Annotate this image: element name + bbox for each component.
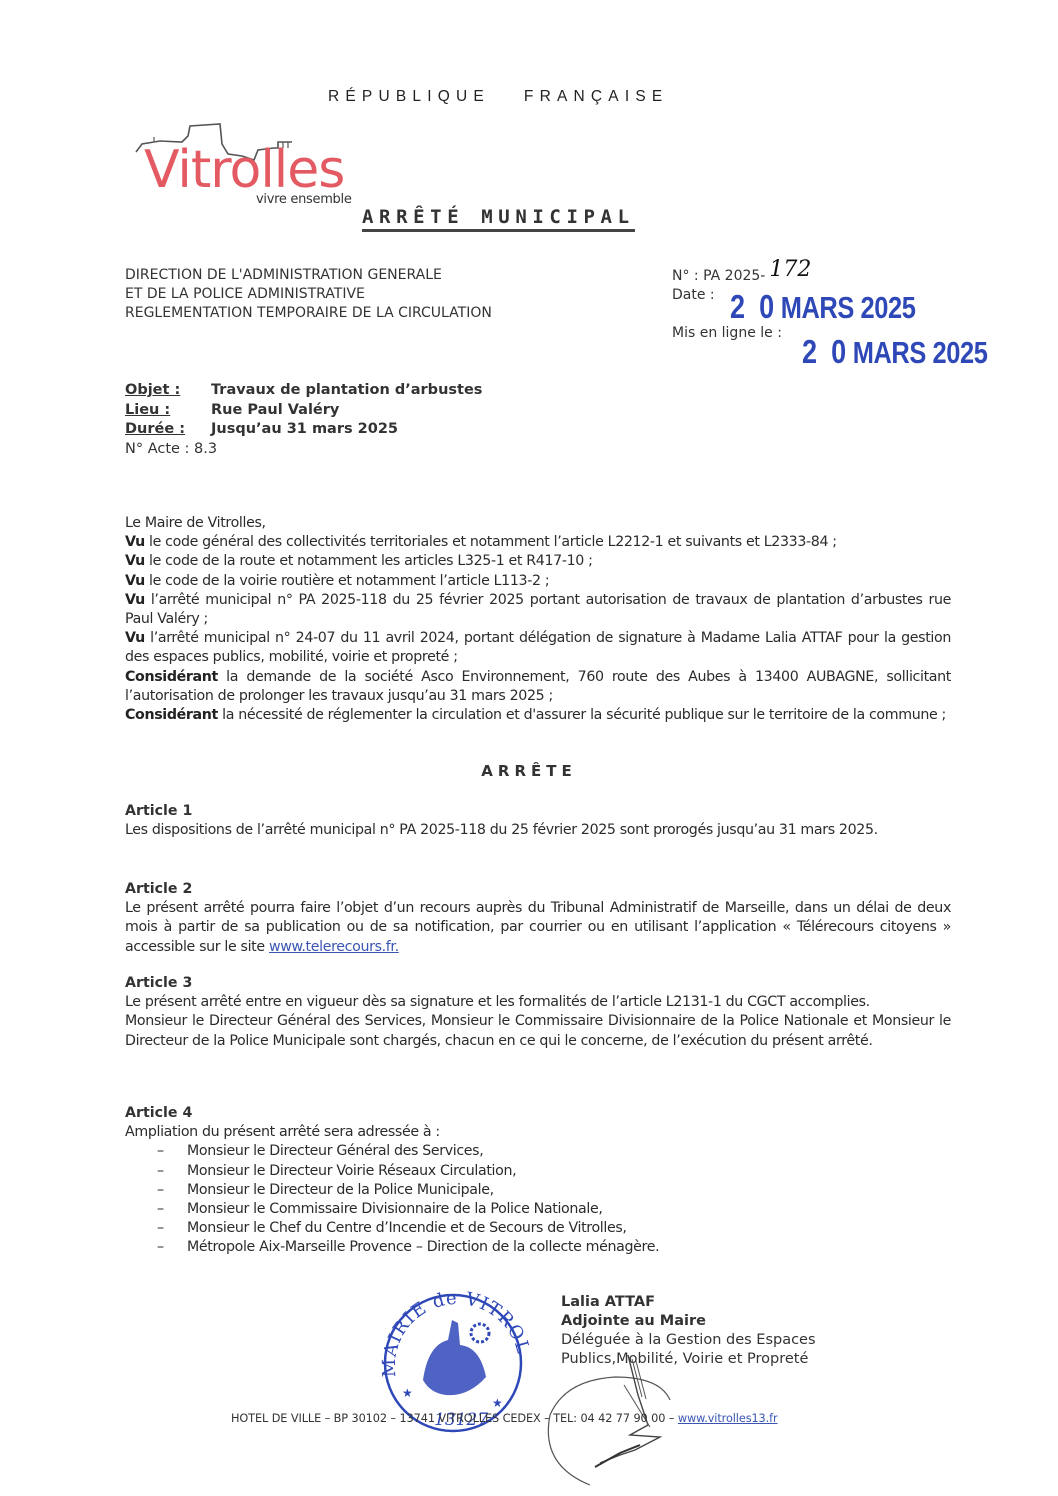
objet-row: Objet :Travaux de plantation d’arbustes [125,381,482,401]
article-2: Article 2 Le présent arrêté pourra faire… [125,880,951,957]
considerant-lead: Vu [125,592,145,608]
logo-tagline: vivre ensemble [256,192,352,207]
lieu-value: Rue Paul Valéry [211,402,339,418]
considerant-lead: Considérant [125,707,218,723]
considerant-item: Vu l’arrêté municipal n° PA 2025-118 du … [125,591,951,629]
document-page: RÉPUBLIQUEFRANÇAISE Vitrolles vivre ense… [0,0,1058,1496]
page-footer: HOTEL DE VILLE – BP 30102 – 13741 VITROL… [231,1412,778,1425]
article-title: Article 1 [125,802,951,821]
considerant-text: la nécessité de réglementer la circulati… [218,707,946,723]
considerant-item: Vu l’arrêté municipal n° 24-07 du 11 avr… [125,629,951,667]
considerants-intro: Le Maire de Vitrolles, [125,514,951,533]
objet-label: Objet : [125,382,180,398]
direction-line: DIRECTION DE L'ADMINISTRATION GENERALE [125,266,492,285]
article-3: Article 3 Le présent arrêté entre en vig… [125,974,951,1051]
objet-value: Travaux de plantation d’arbustes [211,382,482,398]
direction-line: ET DE LA POLICE ADMINISTRATIVE [125,285,492,304]
considerant-lead: Vu [125,630,145,646]
handwritten-signature-icon [520,1355,710,1495]
article-text: Ampliation du présent arrêté sera adress… [125,1123,951,1142]
considerant-lead: Vu [125,553,145,569]
object-block: Objet :Travaux de plantation d’arbustes … [125,381,482,459]
considerant-item: Vu le code de la voirie routière et nota… [125,572,951,591]
vitrolles-logo: Vitrolles vivre ensemble [132,122,392,212]
article-title: Article 3 [125,974,951,993]
signatory-role: Adjointe au Maire [561,1312,816,1331]
logo-wordmark: Vitrolles [144,144,344,196]
article-title: Article 2 [125,880,951,899]
article-text-body: Le présent arrêté pourra faire l’objet d… [125,900,951,954]
vitrolles-website-link[interactable]: www.vitrolles13.fr [678,1412,778,1425]
recipient-item: Monsieur le Commissaire Divisionnaire de… [157,1200,951,1219]
considerants-section: Le Maire de Vitrolles, Vu le code généra… [125,514,951,725]
lieu-row: Lieu :Rue Paul Valéry [125,401,482,421]
article-4: Article 4 Ampliation du présent arrêté s… [125,1104,951,1258]
reference-number-handwritten: 172 [769,257,811,282]
republique-word: RÉPUBLIQUE [328,88,490,105]
issuing-direction: DIRECTION DE L'ADMINISTRATION GENERALE E… [125,266,492,323]
recipient-item: Monsieur le Directeur de la Police Munic… [157,1181,951,1200]
considerant-text: l’arrêté municipal n° 24-07 du 11 avril … [125,630,951,665]
signatory-delegation: Déléguée à la Gestion des Espaces [561,1331,816,1350]
acte-number: N° Acte : 8.3 [125,440,482,460]
reference-number: N° : PA 2025-172 [672,264,811,286]
francaise-word: FRANÇAISE [524,88,669,105]
svg-text:★: ★ [492,1396,503,1410]
article-text: Le présent arrêté pourra faire l’objet d… [125,899,951,957]
article-title: Article 4 [125,1104,951,1123]
considerant-lead: Vu [125,573,145,589]
reference-number-label: N° : PA 2025- [672,268,765,284]
considerant-lead: Considérant [125,669,218,685]
direction-line: REGLEMENTATION TEMPORAIRE DE LA CIRCULAT… [125,304,492,323]
considerant-text: le code de la route et notamment les art… [145,553,593,569]
considerant-text: le code de la voirie routière et notamme… [145,573,549,589]
recipient-item: Monsieur le Directeur Voirie Réseaux Cir… [157,1162,951,1181]
recipients-list: Monsieur le Directeur Général des Servic… [125,1142,951,1257]
considerant-text: l’arrêté municipal n° PA 2025-118 du 25 … [125,592,951,627]
duree-value: Jusqu’au 31 mars 2025 [211,421,398,437]
online-stamp-day: 2 0 [802,333,849,370]
lieu-label: Lieu : [125,402,170,418]
recipient-item: Métropole Aix-Marseille Provence – Direc… [157,1238,951,1257]
article-text: Le présent arrêté entre en vigueur dès s… [125,993,951,1012]
telerecours-link[interactable]: www.telerecours.fr. [269,939,399,955]
online-stamp-month-year: MARS 2025 [853,335,988,370]
article-text: Les dispositions de l’arrêté municipal n… [125,821,951,840]
arrete-heading: ARRÊTE [0,762,1058,780]
recipient-item: Monsieur le Chef du Centre d’Incendie et… [157,1219,951,1238]
recipient-item: Monsieur le Directeur Général des Servic… [157,1142,951,1161]
considerant-text: la demande de la société Asco Environnem… [125,669,951,704]
document-title: ARRÊTÉ MUNICIPAL [362,206,635,232]
date-stamp-day: 2 0 [730,288,777,325]
considerant-item: Considérant la nécessité de réglementer … [125,706,951,725]
duree-label: Durée : [125,421,185,437]
article-text: Monsieur le Directeur Général des Servic… [125,1012,951,1050]
republique-francaise-header: RÉPUBLIQUEFRANÇAISE [328,88,668,106]
date-stamp: 2 0 MARS 2025 [730,288,915,326]
online-label: Mis en ligne le : [672,324,782,343]
footer-address: HOTEL DE VILLE – BP 30102 – 13741 VITROL… [231,1412,678,1425]
svg-text:★: ★ [402,1386,413,1400]
considerant-text: le code général des collectivités territ… [145,534,837,550]
considerant-lead: Vu [125,534,145,550]
considerant-item: Vu le code de la route et notamment les … [125,552,951,571]
signatory-name: Lalia ATTAF [561,1293,816,1312]
date-stamp-month-year: MARS 2025 [781,290,916,325]
considerant-item: Considérant la demande de la société Asc… [125,668,951,706]
duree-row: Durée :Jusqu’au 31 mars 2025 [125,420,482,440]
article-1: Article 1 Les dispositions de l’arrêté m… [125,802,951,840]
online-date-stamp: 2 0 MARS 2025 [802,333,987,371]
considerant-item: Vu le code général des collectivités ter… [125,533,951,552]
